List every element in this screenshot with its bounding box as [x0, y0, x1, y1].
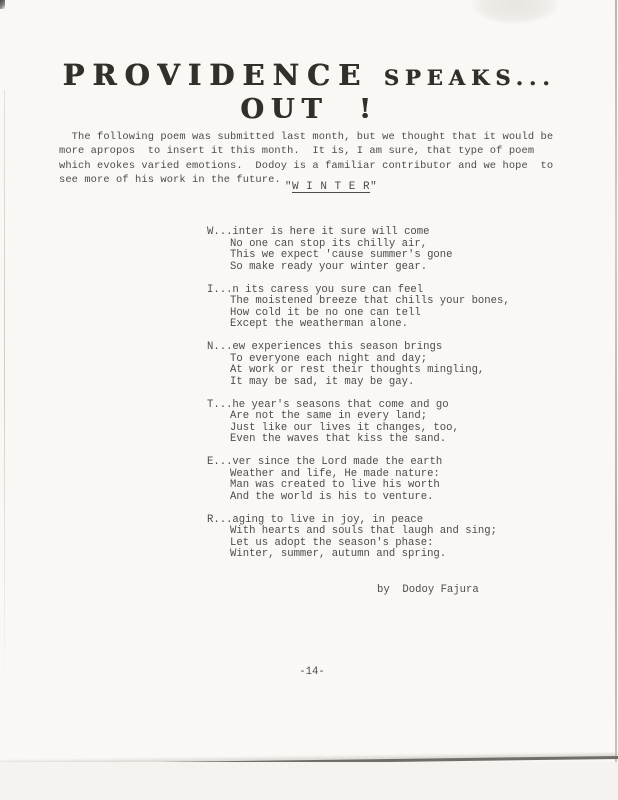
- poem-line: The moistened breeze that chills your bo…: [207, 296, 510, 308]
- masthead-title-sub: SPEAKS...: [384, 65, 556, 90]
- poem-stanza-5: E...ver since the Lord made the earth We…: [207, 457, 510, 503]
- masthead-line1: PROVIDENCE SPEAKS...: [0, 58, 618, 92]
- scanned-page: PROVIDENCE SPEAKS... OUT ! The following…: [0, 0, 618, 800]
- poem-line: Man was created to live his worth: [207, 480, 510, 492]
- poem-line: Even the waves that kiss the sand.: [207, 434, 510, 446]
- poem-stanza-6: R...aging to live in joy, in peace With …: [207, 515, 510, 561]
- poem-stanza-3: N...ew experiences this season brings To…: [207, 342, 510, 388]
- poem-line: At work or rest their thoughts mingling,: [207, 365, 510, 377]
- masthead-title-main: PROVIDENCE: [62, 58, 368, 92]
- scan-left-edge: [4, 90, 5, 690]
- poem-line: Except the weatherman alone.: [207, 319, 510, 331]
- poem-line: This we expect 'cause summer's gone: [207, 250, 510, 262]
- intro-paragraph: The following poem was submitted last mo…: [59, 130, 553, 188]
- poem-line: So make ready your winter gear.: [207, 262, 510, 274]
- open-quote: ": [285, 181, 292, 193]
- poem-line: N...ew experiences this season brings: [207, 342, 510, 354]
- masthead-line2: OUT !: [0, 94, 618, 125]
- intro-line: which evokes varied emotions. Dodoy is a…: [59, 159, 553, 173]
- poem-line: Winter, summer, autumn and spring.: [207, 549, 510, 561]
- intro-line: more apropos to insert it this month. It…: [59, 144, 553, 158]
- scan-below-page-area: [0, 762, 618, 800]
- scan-corner-mark: [0, 0, 5, 9]
- poem-title-text: W I N T E R: [292, 181, 370, 193]
- poem-stanza-4: T...he year's seasons that come and go A…: [207, 400, 510, 446]
- intro-line: The following poem was submitted last mo…: [59, 130, 553, 144]
- poem-line: W...inter is here it sure will come: [207, 227, 510, 239]
- close-quote: ": [370, 181, 377, 193]
- poem-stanza-1: W...inter is here it sure will come No o…: [207, 227, 510, 273]
- poem-line: With hearts and souls that laugh and sin…: [207, 526, 510, 538]
- masthead: PROVIDENCE SPEAKS... OUT !: [0, 58, 618, 125]
- poem-body: W...inter is here it sure will come No o…: [207, 227, 510, 572]
- page-number: -14-: [3, 666, 618, 678]
- poem-stanza-2: I...n its caress you sure can feel The m…: [207, 285, 510, 331]
- poem-line: E...ver since the Lord made the earth: [207, 457, 510, 469]
- scan-stain: [472, 0, 558, 24]
- poem-byline: by Dodoy Fajura: [377, 584, 479, 596]
- poem-line: Are not the same in every land;: [207, 411, 510, 423]
- poem-title: "W I N T E R": [22, 181, 618, 193]
- poem-line: It may be sad, it may be gay.: [207, 377, 510, 389]
- poem-line: And the world is his to venture.: [207, 492, 510, 504]
